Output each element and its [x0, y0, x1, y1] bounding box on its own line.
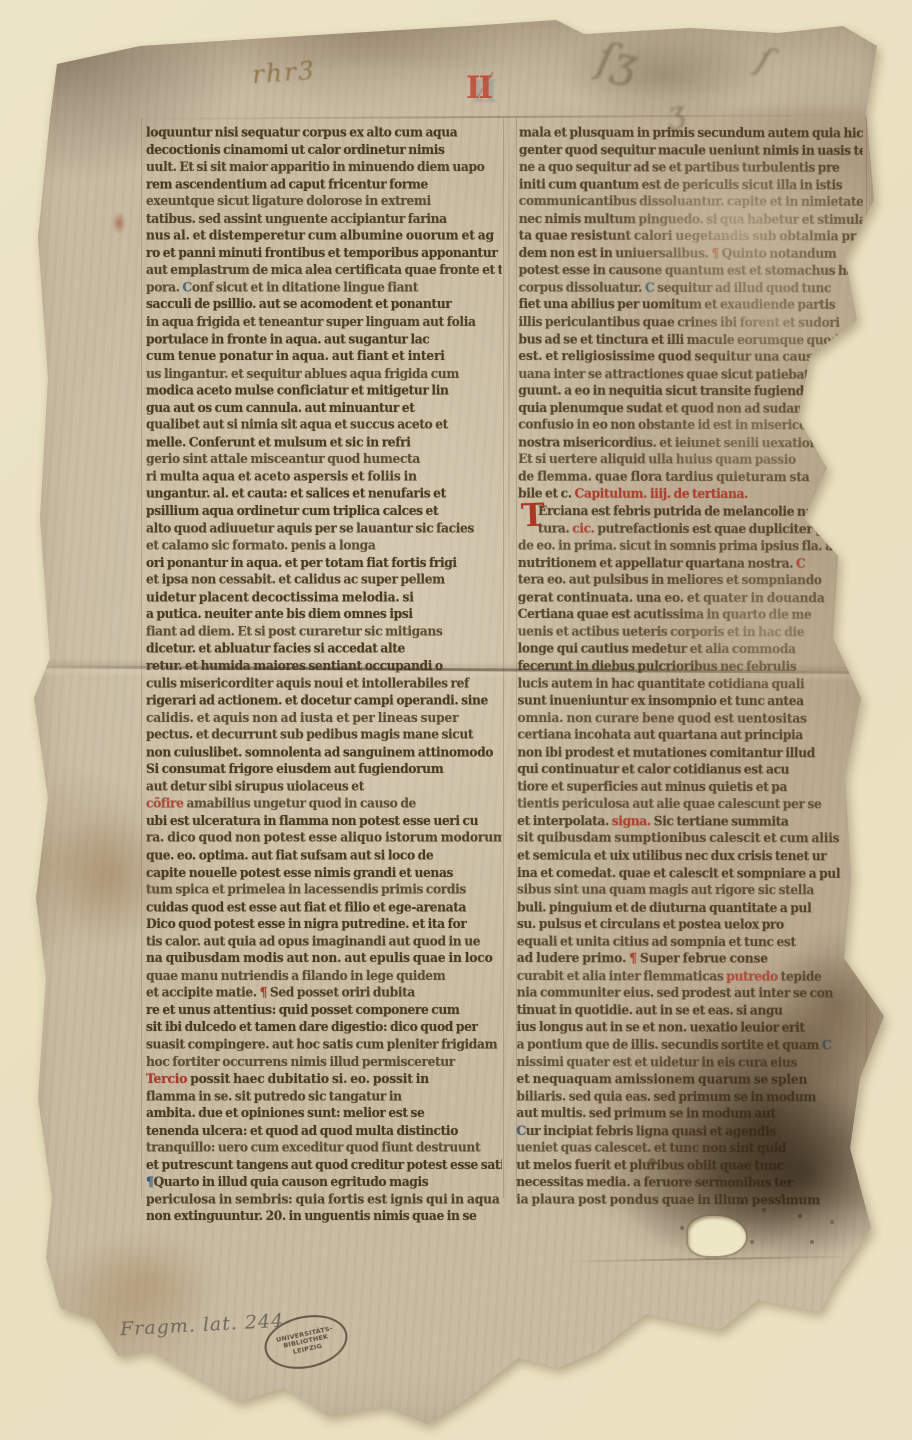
body-text: et semicula et uix utilibus nec dux cris…	[517, 847, 826, 863]
decorated-text: signa.	[612, 813, 651, 829]
text-line: us lingantur. et sequitur ablues aqua fr…	[146, 365, 502, 382]
ruling-line-left-2	[503, 118, 504, 1198]
text-line: calidis. et aquis non ad iusta et per li…	[146, 709, 502, 726]
body-text: curabit et alia inter flemmaticas	[517, 967, 727, 983]
body-text: et ipsa non cessabit. et calidus ac supe…	[146, 571, 445, 587]
text-line: na quibusdam modis aut non. aut epulis q…	[146, 950, 502, 967]
body-text: tenenda ulcera: et quod ad quod multa di…	[146, 1122, 458, 1138]
body-text: periculosa in sembris: quia fortis est i…	[146, 1191, 500, 1207]
body-text: nus al. et distemperetur cum albumine ou…	[146, 227, 494, 243]
body-text: putrefactionis est quae dupliciter ge	[594, 520, 830, 536]
text-column-left: loquuntur nisi sequatur corpus ex alto c…	[146, 124, 502, 1225]
body-text: dicetur. et abluatur facies si accedat a…	[146, 640, 405, 656]
body-text: ori ponantur in aqua. et per totam fiat …	[146, 554, 457, 570]
text-line: corpus dissoluatur. C sequitur ad illud …	[519, 279, 863, 297]
text-line: non extinguuntur. 20. in unguentis nimis…	[146, 1208, 502, 1225]
text-line: hoc fortiter occurrens nimis illud permi…	[146, 1053, 502, 1070]
text-line: ina et comedat. quae et calescit et somp…	[517, 864, 861, 882]
body-text: tis calor. aut quia ad opus imaginandi a…	[146, 933, 480, 949]
text-line: melle. Conferunt et mulsum et sic in ref…	[146, 434, 502, 451]
faded-title-inscription: rhr3	[251, 56, 317, 89]
body-text: retur. et humida maiores sentiant occupa…	[146, 657, 443, 673]
text-line: mala et plusquam in primis secundum aute…	[519, 124, 863, 142]
body-text: modica aceto mulse conficiatur et mitige…	[146, 382, 449, 398]
text-line: uenis et actibus ueteris corporis et in …	[518, 623, 862, 641]
body-text: non cuiuslibet. somnolenta ad sanguinem …	[146, 744, 493, 760]
body-text: ueniet quas calescet. et tunc non sint q…	[516, 1139, 786, 1155]
body-text: ro et panni minuti frontibus et temporib…	[146, 244, 497, 260]
text-line: bus ad se et tinctura et illi macule eor…	[518, 331, 862, 349]
body-text: aut emplastrum de mica alea certificata …	[146, 262, 502, 278]
text-line: et ipsa non cessabit. et calidus ac supe…	[146, 571, 502, 588]
text-line: quae manu nutriendis a filando in lege q…	[146, 967, 502, 984]
decorated-text: cic.	[572, 520, 594, 536]
manuscript-photo: rhr3 ſʒ ʒ ſ II loquuntur nisi sequatur c…	[0, 0, 912, 1440]
text-line: fiet una abilius per uomitum et exaudien…	[519, 296, 863, 314]
body-text: et accipite matie.	[146, 984, 260, 1000]
body-text: ad ludere primo.	[517, 950, 629, 966]
body-text: uenis et actibus ueteris corporis et in …	[518, 623, 805, 639]
text-line: flamma in se. sit putredo sic tangatur i…	[146, 1088, 502, 1105]
text-line: rem ascendentium ad caput fricentur form…	[146, 176, 502, 193]
body-text: mala et plusquam in primis secundum aute…	[519, 124, 863, 141]
body-text: qualibet aut si nimia sit aqua et succus…	[146, 417, 448, 433]
body-text: et nequaquam amissionem quarum se splen	[516, 1070, 807, 1086]
text-column-right: mala et plusquam in primis secundum aute…	[516, 124, 863, 1209]
parchment-surface: rhr3 ſʒ ʒ ſ II loquuntur nisi sequatur c…	[0, 0, 912, 1440]
body-text: gerio sint attale misceantur quod humect…	[146, 451, 420, 467]
text-line: guunt. a eo in nequitia sicut transite f…	[518, 382, 862, 400]
body-text: nostra misericordius. et ieiunet senili …	[518, 434, 825, 450]
text-line: bile et c. Capitulum. iiij. de tertiana.	[518, 485, 862, 503]
text-line: Et si uertere aliquid ulla huius quam pa…	[518, 451, 862, 469]
text-line: ¶Quarto in illud quia causon egritudo ma…	[146, 1174, 502, 1191]
text-line: dicetur. et abluatur facies si accedat a…	[146, 640, 502, 657]
body-text: ne a quo sequitur ad se et partibus turb…	[519, 158, 840, 174]
text-line: ius longus aut in se et non. uexatio leu…	[517, 1019, 861, 1037]
text-line: lucis autem in hac quantitate cotidiana …	[518, 675, 862, 693]
body-text: de flemma. quae flora tardius quieturam …	[518, 468, 809, 484]
text-line: aut multis. sed primum se in modum aut	[516, 1105, 860, 1123]
body-text: equali et unita citius ad sompnia et tun…	[517, 933, 796, 949]
text-line: ungantur. al. et cauta: et salices et ne…	[146, 485, 502, 502]
body-text: communicantibus dissoluantur. capite et …	[519, 193, 863, 210]
body-text: us lingantur. et sequitur ablues aqua fr…	[146, 365, 459, 381]
body-text: ius longus aut in se et non. uexatio leu…	[517, 1019, 805, 1035]
body-text: lucis autem in hac quantitate cotidiana …	[518, 675, 805, 691]
body-text: dem non est in uniuersalibus.	[519, 244, 712, 260]
text-line: a putica. neuiter ante bis diem omnes ip…	[146, 606, 502, 623]
body-text: flamma in se. sit putredo sic tangatur i…	[146, 1088, 402, 1104]
body-text: rigerari ad actionem. et docetur campi o…	[146, 692, 488, 708]
body-text: fiet una abilius per uomitum et exaudien…	[519, 296, 836, 312]
text-line: et semicula et uix utilibus nec dux cris…	[517, 847, 861, 865]
text-line: ne a quo sequitur ad se et partibus turb…	[519, 158, 863, 176]
text-line: dem non est in uniuersalibus. ¶ Quinto n…	[519, 244, 863, 262]
text-line: psillium aqua ordinetur cum triplica cal…	[146, 503, 502, 520]
body-text: Et si uertere aliquid ulla huius quam pa…	[518, 451, 796, 467]
pencil-shelfmark: Fragm. lat. 244	[120, 1310, 285, 1341]
text-line: biliaris. sed quia eas. sed primum se in…	[516, 1088, 860, 1106]
text-line: tis calor. aut quia ad opus imaginandi a…	[146, 933, 502, 950]
body-text: Quinto notandum	[719, 245, 837, 261]
text-line: cuidas quod est esse aut fiat et filio e…	[146, 898, 502, 915]
text-line: aut emplastrum de mica alea certificata …	[146, 262, 502, 279]
text-line: tera eo. aut pulsibus in meliores et som…	[518, 571, 862, 589]
text-line: pectus. et decurrunt sub pedibus magis m…	[146, 726, 502, 743]
body-text: tiore et superficies aut minus quietis e…	[517, 778, 787, 794]
body-text: sit ibi dulcedo et tamen dare digestio: …	[146, 1019, 478, 1035]
text-line: confusio in eo non obstante id est in mi…	[518, 417, 862, 435]
text-line: periculosa in sembris: quia fortis est i…	[146, 1191, 502, 1208]
body-text: ia plaura post pondus quae in illum pess…	[516, 1191, 820, 1207]
body-text: sunt inueniuntur ex insompnio et tunc an…	[517, 692, 803, 708]
text-line: cõfire amabilius ungetur quod in causo d…	[146, 795, 502, 812]
text-line: tum spica et primelea in lacessendis pri…	[146, 881, 502, 898]
body-text: uana inter se attractiones quae sicut pa…	[518, 365, 840, 381]
text-line: et putrescunt tangens aut quod creditur …	[146, 1157, 502, 1174]
ruling-line-right-2	[866, 118, 867, 1118]
text-line: necessitas media. a feruore sermonibus t…	[516, 1174, 860, 1192]
body-text: necessitas media. a feruore sermonibus t…	[516, 1174, 793, 1190]
text-line: cum tenue ponatur in aqua. aut fiant et …	[146, 348, 502, 365]
decorated-text: C	[645, 279, 654, 295]
text-line: uidetur placent decoctissima melodia. si	[146, 589, 502, 606]
text-line: omnia. non curare bene quod est uentosit…	[517, 709, 861, 727]
text-line: ri multa aqua et aceto aspersis et folii…	[146, 468, 502, 485]
text-line: et interpolata. signa. Sic tertiane summ…	[517, 812, 861, 830]
text-line: uult. Et si sit maior apparitio in minue…	[146, 158, 502, 175]
text-line: sit ibi dulcedo et tamen dare digestio: …	[146, 1019, 502, 1036]
text-line: nus al. et distemperetur cum albumine ou…	[146, 227, 502, 244]
body-text: tientis periculosa aut alie quae calescu…	[517, 795, 821, 811]
body-text: cuidas quod est esse aut fiat et filio e…	[146, 898, 466, 914]
text-line: culis misericorditer aquis noui et intol…	[146, 675, 502, 692]
text-line: que. eo. optima. aut fiat sufsam aut si …	[146, 847, 502, 864]
body-text: tinuat in quotidie. aut in se et eas. si…	[517, 1002, 783, 1018]
text-line: sunt inueniuntur ex insompnio et tunc an…	[517, 692, 861, 710]
rubricated-initial: T	[520, 496, 545, 535]
body-text: et putrescunt tangens aut quod creditur …	[146, 1157, 502, 1173]
body-text: genter quod sequitur macule ueniunt nimi…	[519, 141, 863, 158]
stain-red-mark	[112, 212, 126, 234]
text-line: ra. dico quod non potest esse aliquo ist…	[146, 830, 502, 847]
body-text: in aqua frigida et teneantur super lingu…	[146, 313, 476, 329]
text-line: aut detur sibi sirupus uiolaceus et	[146, 778, 502, 795]
text-line: non ibi prodest et mutationes comitantur…	[517, 744, 861, 762]
body-text: melle. Conferunt et mulsum et sic in ref…	[146, 434, 410, 450]
text-line: Certiana quae est acutissima in quarto d…	[518, 606, 862, 624]
decorated-text: C	[822, 1037, 831, 1053]
text-line: fiant ad diem. Et si post curaretur sic …	[146, 623, 502, 640]
text-line: et calamo sic formato. penis a longa	[146, 537, 502, 554]
ruling-line-left-1	[141, 118, 142, 1198]
body-text: illis periculantibus quae crines ibi for…	[518, 313, 839, 329]
ink-offset-mark: ſʒ	[593, 32, 642, 88]
body-text: pectus. et decurrunt sub pedibus magis m…	[146, 726, 473, 742]
text-line: qui continuatur et calor cotidianus est …	[517, 761, 861, 779]
text-line: Erciana est febris putrida de melancolie…	[518, 503, 862, 521]
text-line: gerat continuata. una eo. et quater in d…	[518, 589, 862, 607]
text-line: genter quod sequitur macule ueniunt nimi…	[519, 141, 863, 159]
body-text: onf sicut et in ditatione lingue fiant	[192, 279, 418, 295]
decorated-text: C	[796, 555, 805, 571]
body-text: capite nouelle potest esse nimis grandi …	[146, 864, 453, 880]
body-text: culis misericorditer aquis noui et intol…	[146, 675, 469, 691]
parchment-leaf: rhr3 ſʒ ʒ ſ II loquuntur nisi sequatur c…	[0, 0, 912, 1440]
text-line: ta quae resistunt calori uegetandis sub …	[519, 227, 863, 245]
body-text: initi cum quantum est de periculis sicut…	[519, 176, 842, 192]
body-text: psillium aqua ordinetur cum triplica cal…	[146, 503, 438, 519]
body-text: est. et religiosissime quod sequitur una…	[518, 348, 861, 364]
body-text: tatibus. sed assint unguente accipiantur…	[146, 210, 447, 226]
body-text: tepide	[778, 968, 822, 984]
body-text: Dico quod potest esse in nigra putredine…	[146, 916, 466, 932]
text-line: Si consumat frigore eiusdem aut fugiendo…	[146, 761, 502, 778]
text-line: suasit compingere. aut hoc satis cum ple…	[146, 1036, 502, 1053]
body-text: guunt. a eo in nequitia sicut transite f…	[518, 382, 836, 398]
crease-line	[508, 40, 510, 660]
text-line: fecerunt in diebus pulcrioribus nec febr…	[518, 657, 862, 675]
body-text: qui continuatur et calor cotidianus est …	[517, 761, 789, 777]
text-line: tranquillo: uero cum exceditur quod fiun…	[146, 1139, 502, 1156]
body-text: sacculi de psillio. aut se acomodent et …	[146, 296, 451, 312]
body-text: ra. dico quod non potest esse aliquo ist…	[146, 830, 502, 846]
body-text: decoctionis cinamomi ut calor ordinetur …	[146, 141, 445, 157]
text-line: longe qui cautius medetur et alia commod…	[518, 640, 862, 658]
decorated-text: Tercio	[146, 1070, 187, 1086]
text-line: capite nouelle potest esse nimis grandi …	[146, 864, 502, 881]
text-line: decoctionis cinamomi ut calor ordinetur …	[146, 141, 502, 158]
body-text: re et unus attentius: quid posset compon…	[146, 1002, 460, 1018]
text-line: loquuntur nisi sequatur corpus ex alto c…	[146, 124, 502, 141]
body-text: alto quod adiuuetur aquis per se lauantu…	[146, 520, 474, 536]
text-line: tenenda ulcera: et quod ad quod multa di…	[146, 1122, 502, 1139]
body-text: quae manu nutriendis a filando in lege q…	[146, 967, 445, 983]
text-line: ia plaura post pondus quae in illum pess…	[516, 1191, 860, 1209]
decorated-text: ¶	[260, 984, 267, 1000]
body-text: gua aut os cum cannula. aut minuantur et	[146, 399, 415, 415]
body-text: Sic tertiane summita	[651, 813, 789, 829]
body-text: ambita. due et opiniones sunt: melior es…	[146, 1105, 424, 1121]
body-text: pora.	[146, 279, 182, 295]
text-line: equali et unita citius ad sompnia et tun…	[517, 933, 861, 951]
body-text: ubi est ulceratura in flamma non potest …	[146, 812, 478, 828]
text-line: de flemma. quae flora tardius quieturam …	[518, 468, 862, 486]
text-line: de eo. in prima. sicut in somnis prima i…	[518, 537, 862, 555]
body-text: omnia. non curare bene quod est uentosit…	[517, 709, 806, 725]
body-text: bus ad se et tinctura et illi macule eor…	[518, 331, 839, 347]
text-line: tinuat in quotidie. aut in se et eas. si…	[517, 1002, 861, 1020]
body-text: sequitur ad illud quod tunc	[654, 279, 831, 295]
body-text: tranquillo: uero cum exceditur quod fiun…	[146, 1139, 480, 1155]
body-text: Sed posset oriri dubita	[267, 984, 415, 1000]
body-text: sit quibusdam sumptionibus calescit et c…	[517, 830, 839, 846]
body-text: longe qui cautius medetur et alia commod…	[518, 640, 796, 656]
text-line: re et unus attentius: quid posset compon…	[146, 1002, 502, 1019]
body-text: possit haec dubitatio si. eo. possit in	[187, 1070, 429, 1086]
text-line: tientis periculosa aut alie quae calescu…	[517, 795, 861, 813]
body-text: Erciana est febris putrida de melancolie…	[538, 503, 813, 519]
body-text: aut detur sibi sirupus uiolaceus et	[146, 778, 364, 794]
text-line: quia plenumque sudat et quod non ad suda…	[518, 399, 862, 417]
body-text: Super februe conse	[637, 950, 768, 966]
text-line: et accipite matie. ¶ Sed posset oriri du…	[146, 984, 502, 1001]
text-line: est. et religiosissime quod sequitur una…	[518, 348, 862, 366]
text-line: nia communiter eius. sed prodest aut int…	[517, 984, 861, 1002]
text-line: ubi est ulceratura in flamma non potest …	[146, 812, 502, 829]
body-text: calidis. et aquis non ad iusta et per li…	[146, 709, 458, 725]
body-text: sibus sint una quam magis aut rigore sic…	[517, 881, 814, 897]
body-text: ina et comedat. quae et calescit et somp…	[517, 864, 840, 880]
decorated-text: ¶	[629, 950, 637, 966]
body-text: ut melos fuerit et pluribus obiit quae t…	[516, 1157, 783, 1173]
text-line: rigerari ad actionem. et docetur campi o…	[146, 692, 502, 709]
body-text: portulace in fronte in aqua. aut sugantu…	[146, 331, 429, 347]
text-line: portulace in fronte in aqua. aut sugantu…	[146, 331, 502, 348]
text-line: exeuntque sicut ligature dolorose in ext…	[146, 193, 502, 210]
body-text: nec nimis multum pinguedo. si qua habetu…	[519, 210, 863, 227]
body-text: exeuntque sicut ligature dolorose in ext…	[146, 193, 431, 209]
body-text: que. eo. optima. aut fiat sufsam aut si …	[146, 847, 433, 863]
body-text: suasit compingere. aut hoc satis cum ple…	[146, 1036, 497, 1052]
text-line: tiore et superficies aut minus quietis e…	[517, 778, 861, 796]
body-text: gerat continuata. una eo. et quater in d…	[518, 589, 825, 605]
crease-line	[560, 1255, 860, 1262]
text-line: gerio sint attale misceantur quod humect…	[146, 451, 502, 468]
body-text: nutritionem et appellatur quartana nostr…	[518, 554, 796, 570]
text-line: buli. pinguium et de diuturna quantitate…	[517, 898, 861, 916]
body-text: ta quae resistunt calori uegetandis sub …	[519, 227, 863, 244]
body-text: tera eo. aut pulsibus in meliores et som…	[518, 571, 822, 587]
stain-top-smudge	[560, 30, 770, 120]
text-line: ueniet quas calescet. et tunc non sint q…	[516, 1139, 860, 1157]
text-line: nec nimis multum pinguedo. si qua habetu…	[519, 210, 863, 228]
body-text: Quarto in illud quia causon egritudo mag…	[153, 1174, 428, 1190]
text-line: sibus sint una quam magis aut rigore sic…	[517, 881, 861, 899]
text-line: ut melos fuerit et pluribus obiit quae t…	[516, 1157, 860, 1175]
text-line: sacculi de psillio. aut se acomodent et …	[146, 296, 502, 313]
body-text: aut multis. sed primum se in modum aut	[516, 1105, 775, 1121]
body-text: cum tenue ponatur in aqua. aut fiant et …	[146, 348, 445, 364]
body-text: biliaris. sed quia eas. sed primum se in…	[516, 1088, 816, 1104]
parchment-hole	[688, 1216, 746, 1256]
text-line: pora. Conf sicut et in ditatione lingue …	[146, 279, 502, 296]
body-text: Certiana quae est acutissima in quarto d…	[518, 606, 812, 622]
body-text: Si consumat frigore eiusdem aut fugiendo…	[146, 761, 443, 777]
text-line: uana inter se attractiones quae sicut pa…	[518, 365, 862, 383]
text-line: modica aceto mulse conficiatur et mitige…	[146, 382, 502, 399]
folio-numeral: II	[466, 70, 491, 106]
body-text: non ibi prodest et mutationes comitantur…	[517, 744, 815, 760]
body-text: quia plenumque sudat et quod non ad suda…	[518, 399, 862, 416]
text-line: Tercio possit haec dubitatio si. eo. pos…	[146, 1070, 502, 1087]
body-text: buli. pinguium et de diuturna quantitate…	[517, 898, 811, 914]
body-text: non extinguuntur. 20. in unguentis nimis…	[146, 1208, 476, 1224]
body-text: et interpolata.	[517, 812, 612, 828]
text-line: nissimi quater est et uidetur in eis cur…	[517, 1053, 861, 1071]
text-line: retur. et humida maiores sentiant occupa…	[146, 657, 502, 674]
text-line: initi cum quantum est de periculis sicut…	[519, 176, 863, 194]
body-text: a pontium que de illis. secundis sortite…	[517, 1036, 822, 1052]
body-text: nia communiter eius. sed prodest aut int…	[517, 984, 833, 1000]
crease-line	[130, 114, 860, 120]
text-line: alto quod adiuuetur aquis per se lauantu…	[146, 520, 502, 537]
body-text: corpus dissoluatur.	[519, 279, 645, 295]
body-text: certiana incohata aut quartana aut princ…	[517, 726, 803, 742]
text-line: nutritionem et appellatur quartana nostr…	[518, 554, 862, 572]
text-line: non cuiuslibet. somnolenta ad sanguinem …	[146, 744, 502, 761]
text-line: ro et panni minuti frontibus et temporib…	[146, 244, 502, 261]
text-line: illis periculantibus quae crines ibi for…	[518, 313, 862, 331]
text-line: tatibus. sed assint unguente accipiantur…	[146, 210, 502, 227]
body-text: loquuntur nisi sequatur corpus ex alto c…	[146, 124, 457, 140]
body-text: fecerunt in diebus pulcrioribus nec febr…	[518, 657, 797, 673]
text-line: Dico quod potest esse in nigra putredine…	[146, 916, 502, 933]
pencil-mark: ſ	[5, 1305, 23, 1331]
body-text: amabilius ungetur quod in causo de	[184, 795, 416, 811]
text-line: potest esse in causone quantum est et st…	[519, 262, 863, 280]
ink-offset-mark: ſ	[752, 39, 778, 81]
body-text: hoc fortiter occurrens nimis illud permi…	[146, 1053, 455, 1069]
text-line: certiana incohata aut quartana aut princ…	[517, 726, 861, 744]
text-line: Cur incipiat febris ligna quasi et agend…	[516, 1122, 860, 1140]
body-text: tum spica et primelea in lacessendis pri…	[146, 881, 466, 897]
body-text: rem ascendentium ad caput fricentur form…	[146, 176, 428, 192]
text-line: curabit et alia inter flemmaticas putred…	[517, 967, 861, 985]
body-text: uult. Et si sit maior apparitio in minue…	[146, 158, 485, 174]
body-text: de eo. in prima. sicut in somnis prima i…	[518, 537, 833, 553]
body-text: su. pulsus et circulans et postea uelox …	[517, 916, 784, 932]
decorated-text: cõfire	[146, 795, 184, 811]
body-text: ur incipiat febris ligna quasi et agendi…	[526, 1122, 776, 1138]
body-text: ri multa aqua et aceto aspersis et folii…	[146, 468, 417, 484]
text-line: et nequaquam amissionem quarum se splen	[516, 1070, 860, 1088]
text-line: ambita. due et opiniones sunt: melior es…	[146, 1105, 502, 1122]
body-text: potest esse in causone quantum est et st…	[519, 262, 863, 279]
text-line: ori ponantur in aqua. et per totam fiat …	[146, 554, 502, 571]
body-text: confusio in eo non obstante id est in mi…	[518, 417, 833, 433]
text-line: communicantibus dissoluantur. capite et …	[519, 193, 863, 211]
decorated-text: C	[182, 279, 191, 295]
body-text: fiant ad diem. Et si post curaretur sic …	[146, 623, 442, 639]
text-line: su. pulsus et circulans et postea uelox …	[517, 916, 861, 934]
body-text: nissimi quater est et uidetur in eis cur…	[517, 1053, 798, 1069]
decorated-text: Capitulum. iiij. de tertiana.	[574, 486, 747, 502]
body-text: uidetur placent decoctissima melodia. si	[146, 589, 414, 605]
text-line: qualibet aut si nimia sit aqua et succus…	[146, 417, 502, 434]
text-line: nostra misericordius. et ieiunet senili …	[518, 434, 862, 452]
text-line: gua aut os cum cannula. aut minuantur et	[146, 399, 502, 416]
text-line: ad ludere primo. ¶ Super februe conse	[517, 950, 861, 968]
decorated-text: putredo	[726, 968, 778, 984]
text-line: a pontium que de illis. secundis sortite…	[517, 1036, 861, 1054]
body-text: na quibusdam modis aut non. aut epulis q…	[146, 950, 493, 966]
body-text: et calamo sic formato. penis a longa	[146, 537, 375, 553]
body-text: ungantur. al. et cauta: et salices et ne…	[146, 485, 446, 501]
text-line: in aqua frigida et teneantur super lingu…	[146, 313, 502, 330]
text-line: tura. cic. putrefactionis est quae dupli…	[518, 520, 862, 538]
mould-specks	[740, 1200, 744, 1204]
text-line: sit quibusdam sumptionibus calescit et c…	[517, 830, 861, 848]
body-text: a putica. neuiter ante bis diem omnes ip…	[146, 606, 413, 622]
